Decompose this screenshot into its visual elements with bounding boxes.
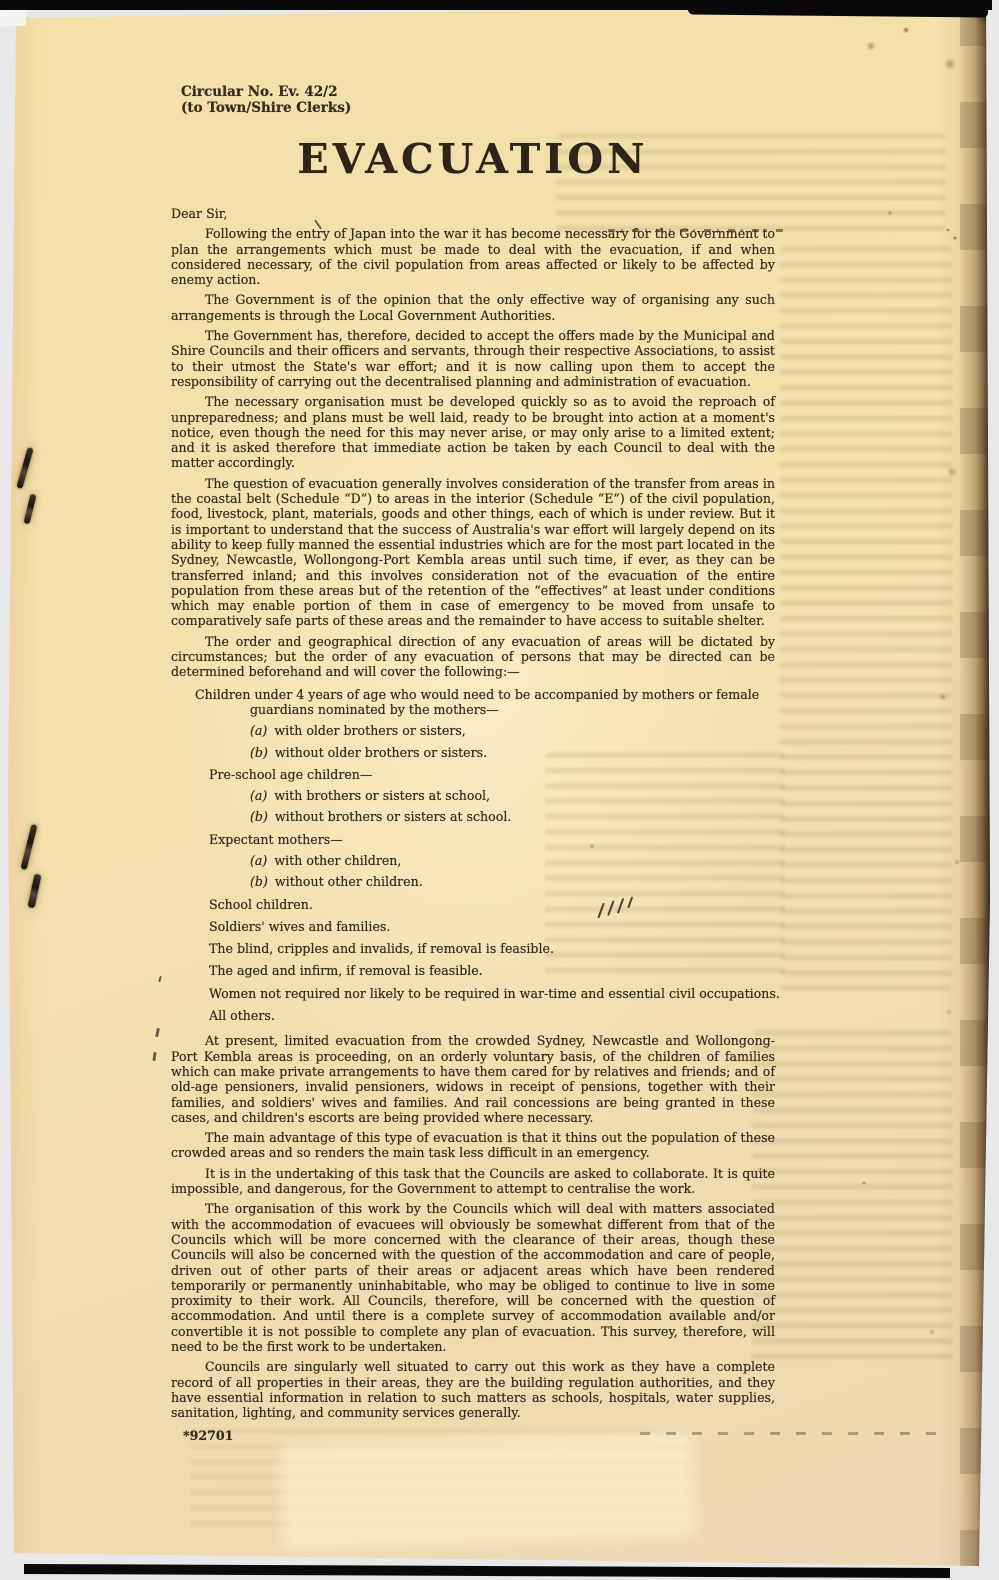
paragraph: The necessary organisation must be devel… [171,394,775,470]
list-group: Women not required nor likely to be requ… [195,986,775,1001]
list-item-marker: (b) [250,874,268,889]
paragraph: The Government has, therefore, decided t… [171,328,775,389]
list-group-label: Children under 4 years of age who would … [195,687,775,718]
list-item: (b)without other children. [250,874,775,889]
list-group-label: All others. [209,1008,775,1023]
list-group: Pre-school age children— (a)with brother… [195,767,775,825]
paragraph: The question of evacuation generally inv… [171,476,775,629]
list-group-label: Soldiers' wives and families. [209,919,775,934]
paragraph: It is in the undertaking of this task th… [171,1166,775,1197]
list-group-label: The aged and infirm, if removal is feasi… [209,963,775,978]
list-item-text: with brothers or sisters at school, [274,788,490,803]
list-item: (b)without brothers or sisters at school… [250,809,775,824]
list-group: The aged and infirm, if removal is feasi… [195,963,775,978]
list-item-text: without other children. [275,874,423,889]
list-item: (a)with other children, [250,853,775,868]
list-group: School children. [195,897,775,912]
ink-bleedthrough [780,246,952,991]
list-group-label: The blind, cripples and invalids, if rem… [209,941,775,956]
list-group: The blind, cripples and invalids, if rem… [195,941,775,956]
document-title: EVACUATION [171,138,775,180]
list-group: All others. [195,1008,775,1023]
list-group: Soldiers' wives and families. [195,919,775,934]
document-content: Circular No. Ev. 42/2 (to Town/Shire Cle… [171,0,775,1444]
paragraph: The organisation of this work by the Cou… [171,1201,775,1354]
binding-stitch-mark [23,494,36,525]
list-item-marker: (a) [250,788,267,803]
circular-addressee: (to Town/Shire Clerks) [181,100,775,116]
paragraph: Councils are singularly well situated to… [171,1359,775,1420]
paragraph: At present, limited evacuation from the … [171,1033,775,1125]
paragraph: The Government is of the opinion that th… [171,292,775,323]
pencil-dash-line [640,1432,940,1435]
scan-corner-sliver [0,10,26,27]
binding-stitch-mark [16,447,33,489]
list-item-text: with other children, [274,853,401,868]
list-item: (a)with brothers or sisters at school, [250,788,775,803]
print-code: *92701 [183,1428,775,1443]
document-page: Circular No. Ev. 42/2 (to Town/Shire Cle… [0,0,999,1580]
list-item-marker: (b) [250,809,268,824]
margin-tick [155,1028,159,1037]
list-item-marker: (b) [250,745,268,760]
paragraph: Following the entry of Japan into the wa… [171,226,775,287]
margin-tick [158,976,161,982]
list-group: Children under 4 years of age who would … [195,687,775,760]
list-group: Expectant mothers— (a)with other childre… [195,832,775,890]
paragraph: The order and geographical direction of … [171,634,775,680]
binding-stitch-mark [21,824,38,870]
paragraph: The main advantage of this type of evacu… [171,1130,775,1161]
list-group-label: Women not required nor likely to be requ… [209,986,775,1001]
list-item-text: with older brothers or sisters, [274,723,465,738]
burnt-page-edge [960,0,990,1570]
paper-light-patch [280,1431,695,1550]
list-item: (a)with older brothers or sisters, [250,723,775,738]
ink-bleedthrough [752,1030,952,1365]
list-item-marker: (a) [250,853,267,868]
list-item-text: without older brothers or sisters. [275,745,487,760]
list-group-label: Pre-school age children— [209,767,775,782]
list-item-marker: (a) [250,723,267,738]
salutation: Dear Sir, [171,206,775,221]
list-item-text: without brothers or sisters at school. [275,809,511,824]
scanned-document: Circular No. Ev. 42/2 (to Town/Shire Cle… [0,0,999,1580]
evacuation-priority-list: Children under 4 years of age who would … [195,687,775,1024]
list-item: (b)without older brothers or sisters. [250,745,775,760]
circular-header: Circular No. Ev. 42/2 (to Town/Shire Cle… [181,84,775,116]
binding-stitch-mark [28,874,42,909]
scan-bottom-edge [24,1564,950,1578]
list-group-label: Expectant mothers— [209,832,775,847]
list-group-label: School children. [209,897,775,912]
margin-tick [152,1052,156,1061]
pencil-dash-line [608,229,788,232]
circular-number: Circular No. Ev. 42/2 [181,84,775,100]
